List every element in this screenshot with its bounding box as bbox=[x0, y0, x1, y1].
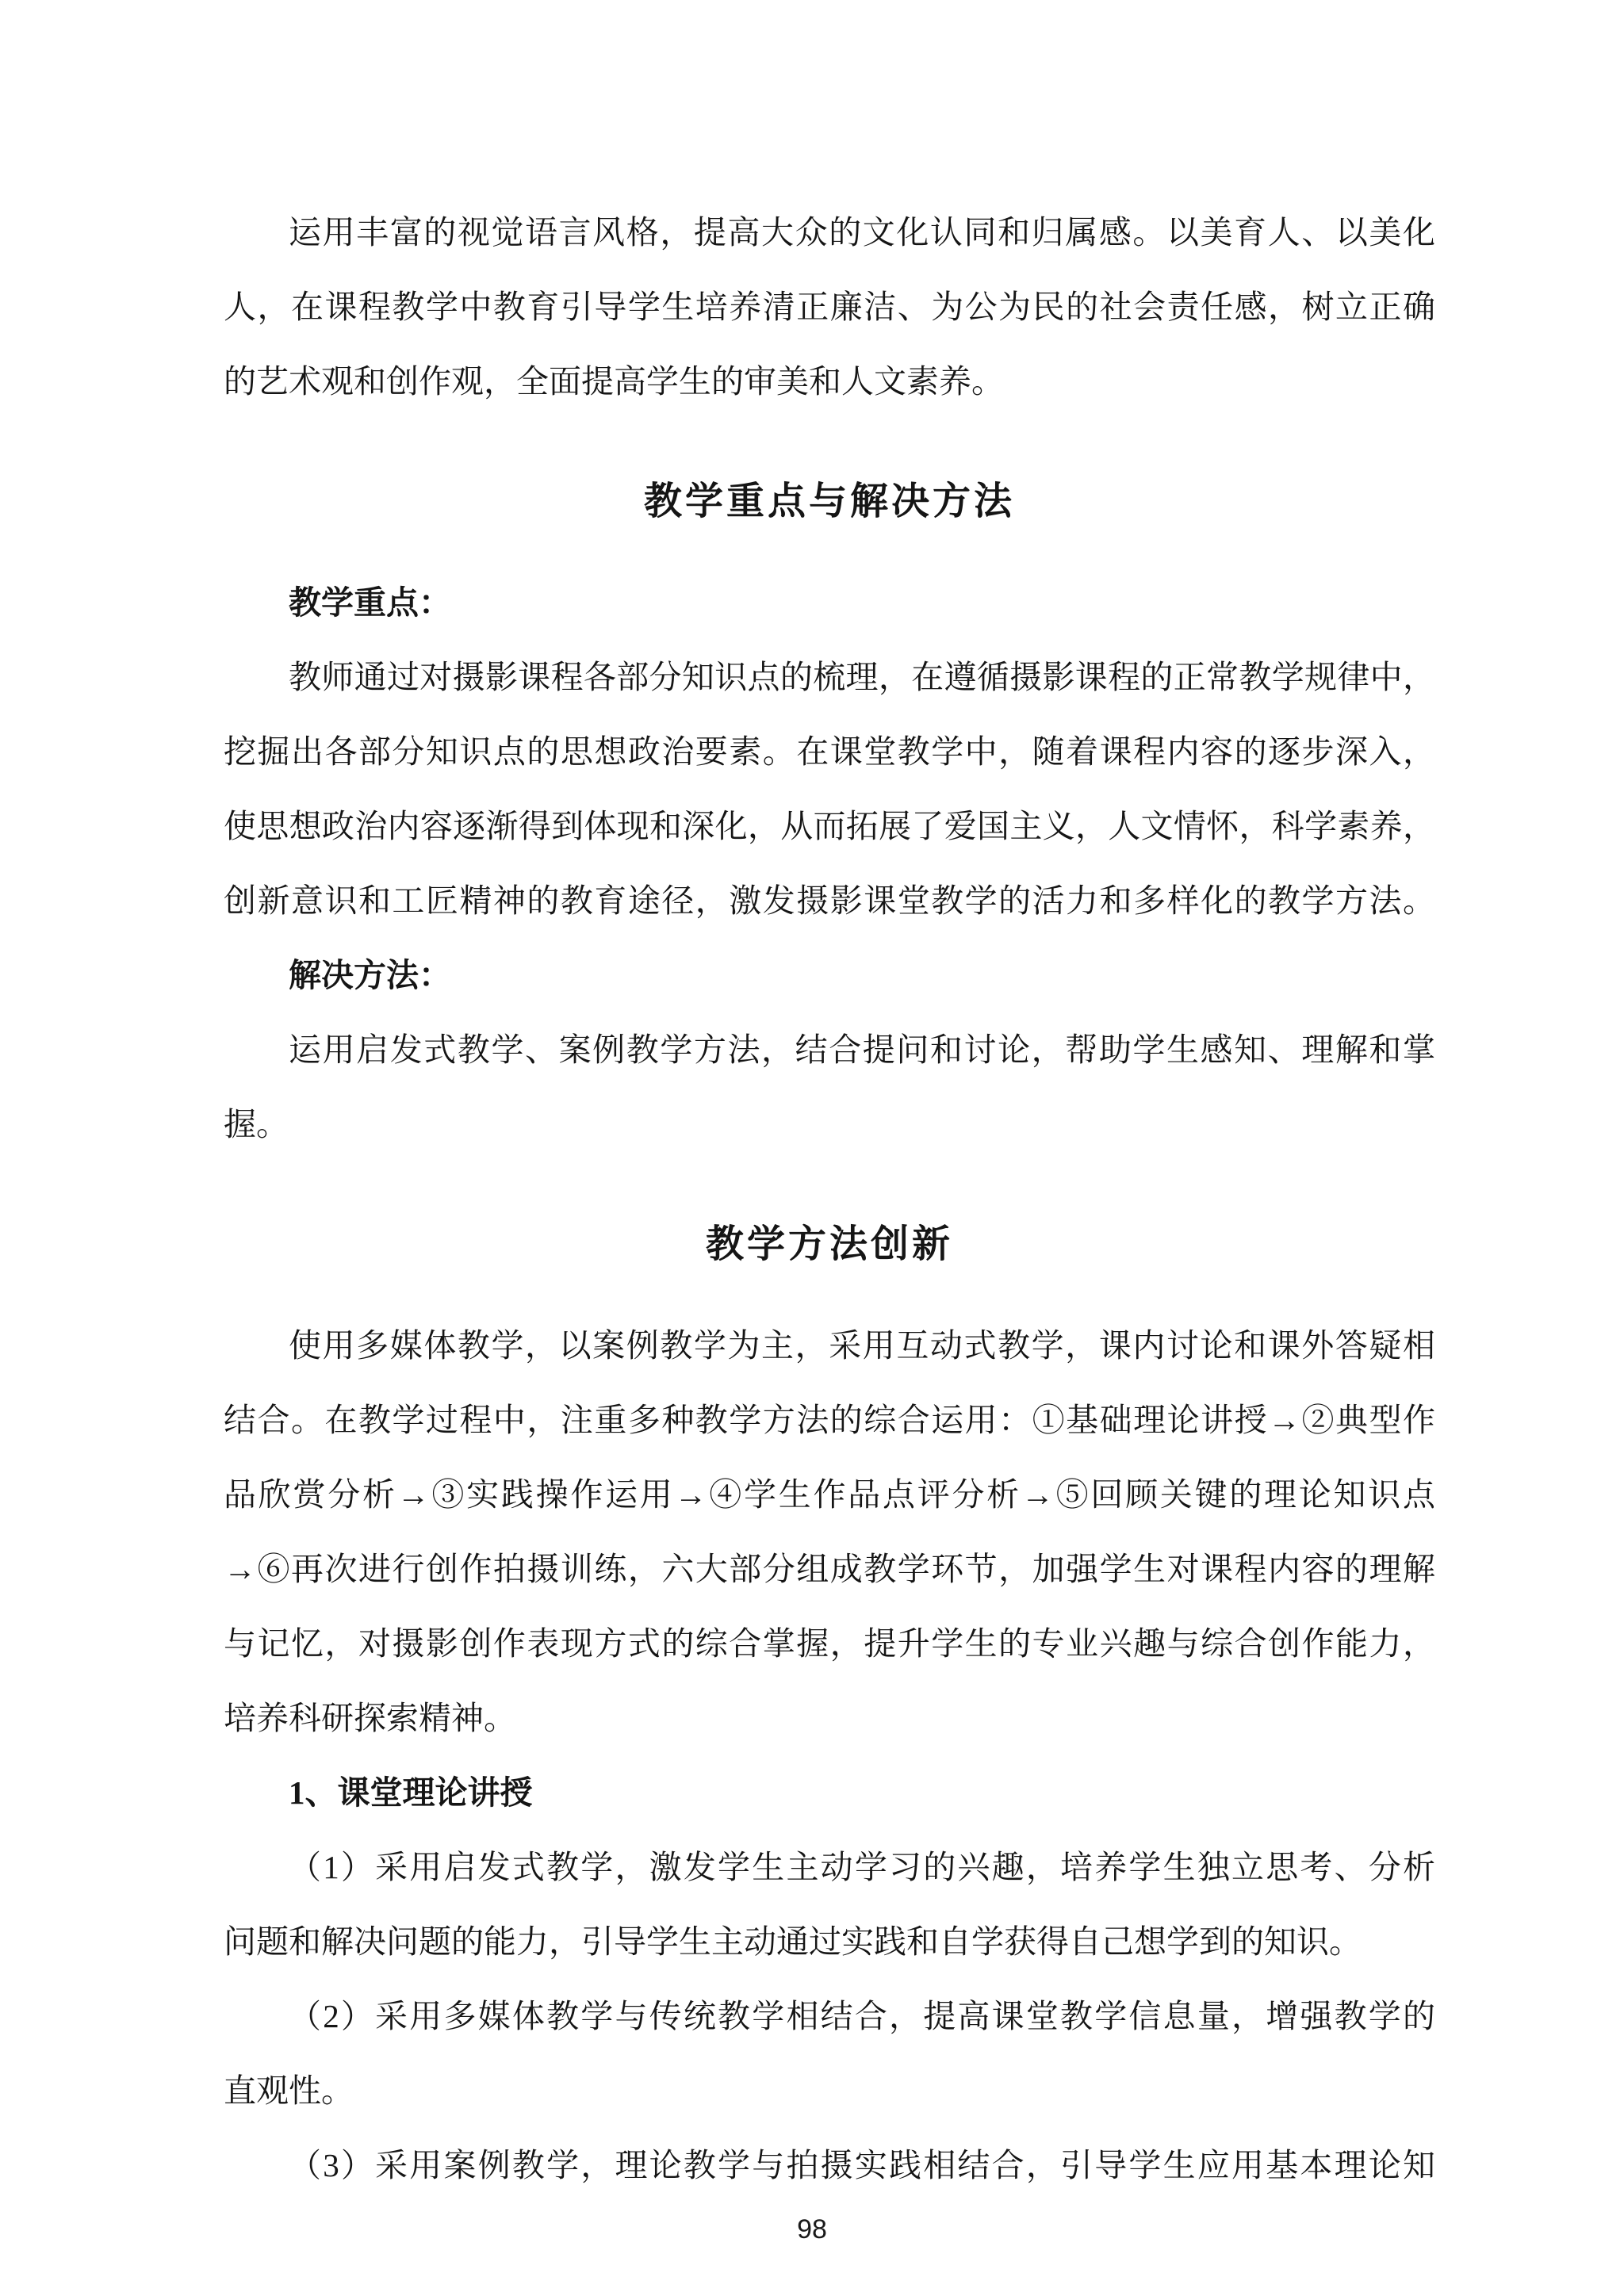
text-line: 使用多媒体教学，以案例教学为主，采用互动式教学，课内讨论和课外答疑相 bbox=[224, 1308, 1435, 1383]
text-line: 人，在课程教学中教育引导学生培养清正廉洁、为公为民的社会责任感，树立正确 bbox=[224, 270, 1435, 344]
document-page: 运用丰富的视觉语言风格，提高大众的文化认同和归属感。以美育人、以美化 人，在课程… bbox=[0, 0, 1624, 2296]
text-line: 挖掘出各部分知识点的思想政治要素。在课堂教学中，随着课程内容的逐步深入， bbox=[224, 714, 1435, 789]
paragraph: （3）采用案例教学，理论教学与拍摄实践相结合，引导学生应用基本理论知 bbox=[224, 2128, 1435, 2202]
text-line: 结合。在教学过程中，注重多种教学方法的综合运用：①基础理论讲授→②典型作 bbox=[224, 1383, 1435, 1457]
section-heading-method-innovation: 教学方法创新 bbox=[224, 1205, 1435, 1284]
text-line: 的艺术观和创作观，全面提高学生的审美和人文素养。 bbox=[224, 344, 1435, 419]
text-line: （1）采用启发式教学，激发学生主动学习的兴趣，培养学生独立思考、分析 bbox=[224, 1830, 1435, 1904]
text-line: 直观性。 bbox=[224, 2053, 1435, 2128]
text-line: 与记忆，对摄影创作表现方式的综合掌握，提升学生的专业兴趣与综合创作能力， bbox=[224, 1606, 1435, 1681]
paragraph: （1）采用启发式教学，激发学生主动学习的兴趣，培养学生独立思考、分析 问题和解决… bbox=[224, 1830, 1435, 1979]
text-line: （3）采用案例教学，理论教学与拍摄实践相结合，引导学生应用基本理论知 bbox=[224, 2128, 1435, 2202]
text-line: 创新意识和工匠精神的教育途径，激发摄影课堂教学的活力和多样化的教学方法。 bbox=[224, 863, 1435, 938]
text-line: 运用丰富的视觉语言风格，提高大众的文化认同和归属感。以美育人、以美化 bbox=[224, 195, 1435, 270]
paragraph: 运用启发式教学、案例教学方法，结合提问和讨论，帮助学生感知、理解和掌 握。 bbox=[224, 1012, 1435, 1161]
label-solution-method: 解决方法： bbox=[224, 938, 1435, 1012]
text-line: 运用启发式教学、案例教学方法，结合提问和讨论，帮助学生感知、理解和掌 bbox=[224, 1012, 1435, 1087]
label-lecture-item: 1、课堂理论讲授 bbox=[224, 1755, 1435, 1830]
text-line: （2）采用多媒体教学与传统教学相结合，提高课堂教学信息量，增强教学的 bbox=[224, 1979, 1435, 2053]
section-heading-key-points: 教学重点与解决方法 bbox=[224, 462, 1435, 541]
paragraph: 运用丰富的视觉语言风格，提高大众的文化认同和归属感。以美育人、以美化 人，在课程… bbox=[224, 195, 1435, 419]
label-teaching-focus: 教学重点： bbox=[224, 565, 1435, 640]
text-line: 教师通过对摄影课程各部分知识点的梳理，在遵循摄影课程的正常教学规律中， bbox=[224, 640, 1435, 714]
paragraph: 使用多媒体教学，以案例教学为主，采用互动式教学，课内讨论和课外答疑相 结合。在教… bbox=[224, 1308, 1435, 1755]
document-content: 运用丰富的视觉语言风格，提高大众的文化认同和归属感。以美育人、以美化 人，在课程… bbox=[224, 195, 1435, 2202]
text-line: 握。 bbox=[224, 1087, 1435, 1161]
paragraph: 教师通过对摄影课程各部分知识点的梳理，在遵循摄影课程的正常教学规律中， 挖掘出各… bbox=[224, 640, 1435, 938]
paragraph: （2）采用多媒体教学与传统教学相结合，提高课堂教学信息量，增强教学的 直观性。 bbox=[224, 1979, 1435, 2128]
text-line: 使思想政治内容逐渐得到体现和深化，从而拓展了爱国主义，人文情怀，科学素养， bbox=[224, 789, 1435, 863]
text-line: 问题和解决问题的能力，引导学生主动通过实践和自学获得自己想学到的知识。 bbox=[224, 1904, 1435, 1979]
text-line: 品欣赏分析→③实践操作运用→④学生作品点评分析→⑤回顾关键的理论知识点 bbox=[224, 1457, 1435, 1532]
text-line: →⑥再次进行创作拍摄训练，六大部分组成教学环节，加强学生对课程内容的理解 bbox=[224, 1532, 1435, 1606]
text-line: 培养科研探索精神。 bbox=[224, 1681, 1435, 1755]
page-number: 98 bbox=[0, 2214, 1624, 2245]
